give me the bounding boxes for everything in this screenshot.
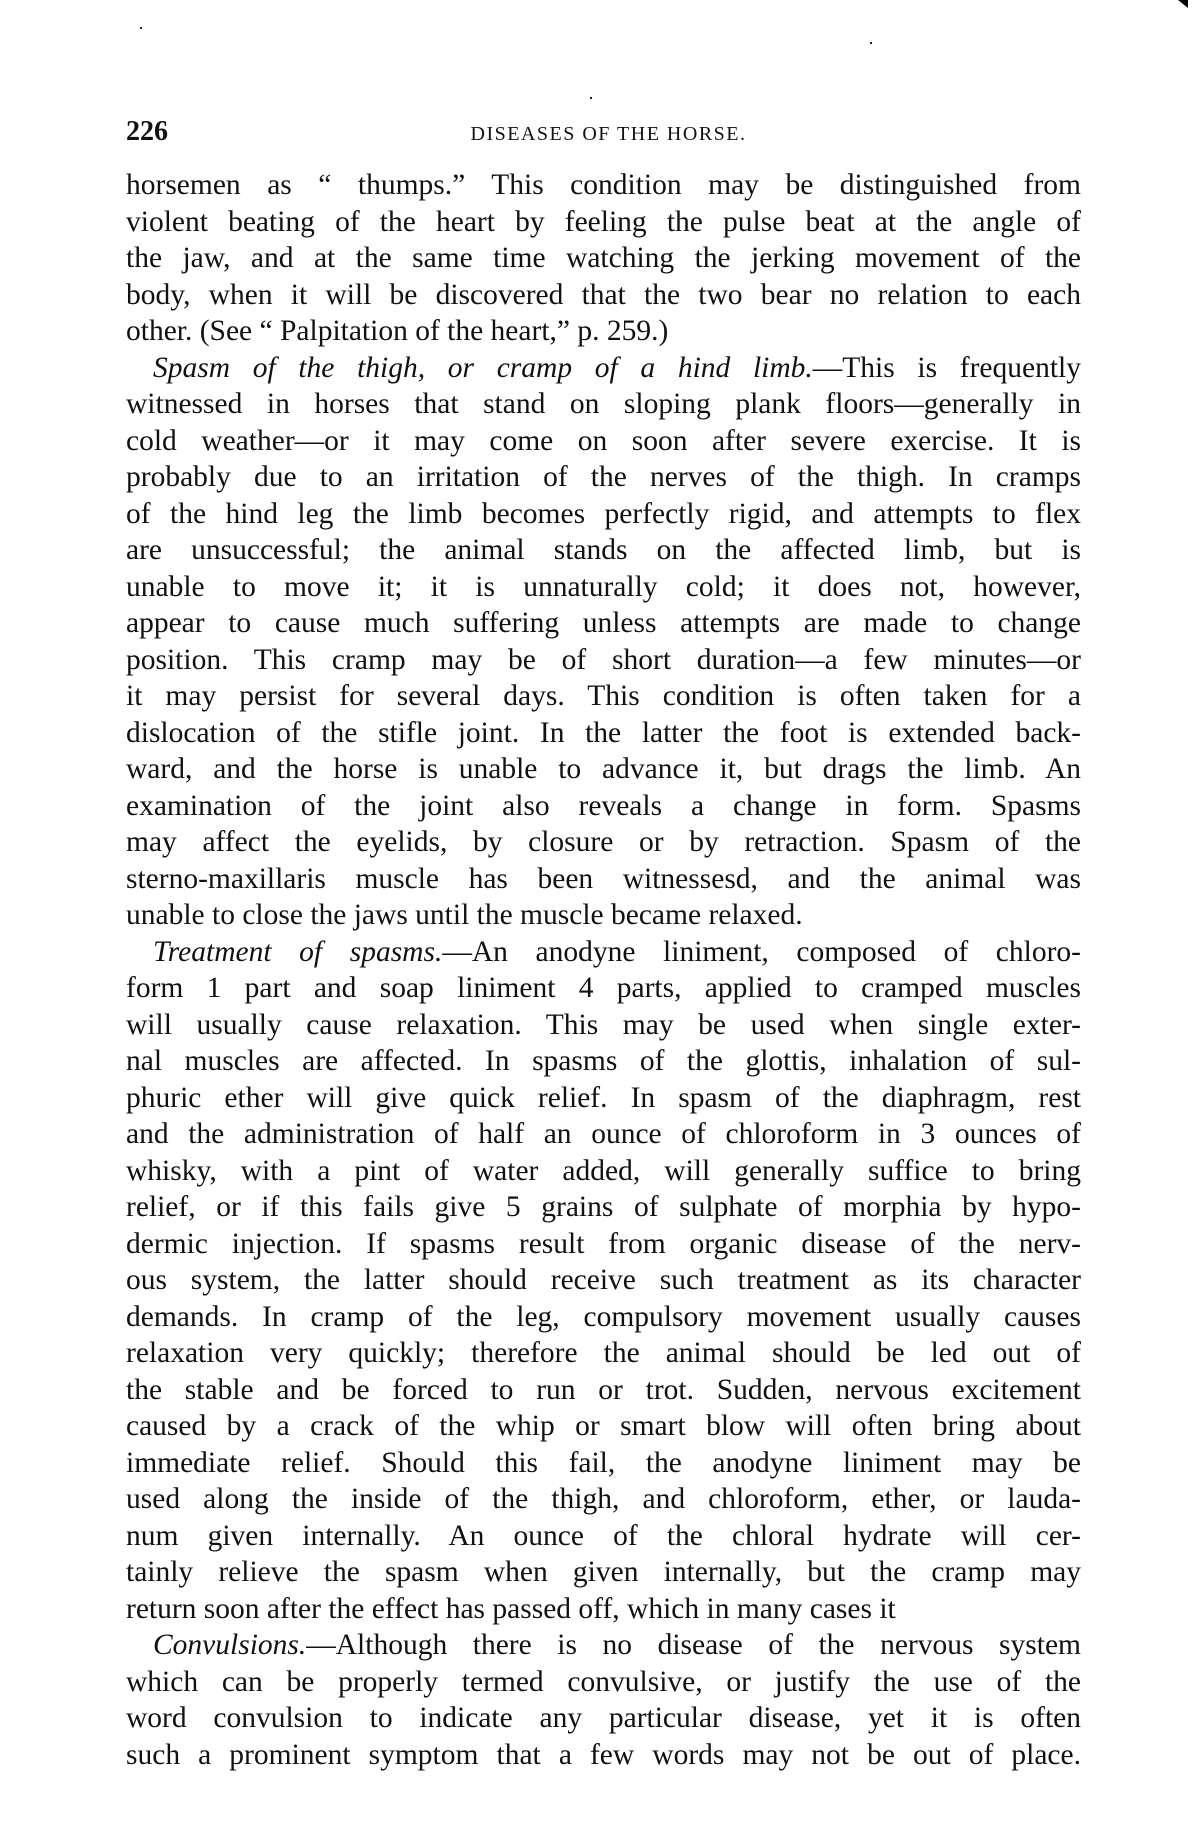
text-line: body, when it will be discovered that th… [126,277,1081,314]
book-page: 226 DISEASES OF THE HORSE. horsemen as “… [126,112,1081,1773]
body-text: horsemen as “ thumps.” This condition ma… [126,167,1081,1773]
text-line: unable to close the jaws until the muscl… [126,897,1081,934]
paragraph-spasm-of-thigh: Spasm of the thigh, or cramp of a hind l… [126,350,1081,934]
scan-corner-mark [1178,0,1188,8]
paragraph-treatment-of-spasms: Treatment of spasms.—An anodyne liniment… [126,934,1081,1628]
text-line: word convulsion to indicate any particul… [126,1700,1081,1737]
text-line: form 1 part and soap liniment 4 parts, a… [126,970,1081,1007]
scan-speck [870,42,872,44]
text-line: violent beating of the heart by feeling … [126,204,1081,241]
text-line: it may persist for several days. This co… [126,678,1081,715]
text-line: tainly relieve the spasm when given inte… [126,1554,1081,1591]
text-line: unable to move it; it is unnaturally col… [126,569,1081,606]
text-line: relief, or if this fails give 5 grains o… [126,1189,1081,1226]
text-line: used along the inside of the thigh, and … [126,1481,1081,1518]
text-line: nal muscles are affected. In spasms of t… [126,1043,1081,1080]
text-line: demands. In cramp of the leg, compulsory… [126,1299,1081,1336]
text-line: other. (See “ Palpitation of the heart,”… [126,313,1081,350]
text-line: will usually cause relaxation. This may … [126,1007,1081,1044]
text-line: appear to cause much suffering unless at… [126,605,1081,642]
text-line: num given internally. An ounce of the ch… [126,1518,1081,1555]
text-line: return soon after the effect has passed … [126,1591,1081,1628]
paragraph-thumps-continuation: horsemen as “ thumps.” This condition ma… [126,167,1081,350]
text-line: horsemen as “ thumps.” This condition ma… [126,167,1081,204]
text-line: Spasm of the thigh, or cramp of a hind l… [126,350,1081,387]
text-line: Treatment of spasms.—An anodyne liniment… [126,934,1081,971]
text-line: caused by a crack of the whip or smart b… [126,1408,1081,1445]
text-line: cold weather—or it may come on soon afte… [126,423,1081,460]
text-line: of the hind leg the limb becomes perfect… [126,496,1081,533]
text-line: ous system, the latter should receive su… [126,1262,1081,1299]
text-line: position. This cramp may be of short dur… [126,642,1081,679]
running-title: DISEASES OF THE HORSE. [126,114,1081,154]
text-line: are unsuccessful; the animal stands on t… [126,532,1081,569]
text-line: relaxation very quickly; therefore the a… [126,1335,1081,1372]
section-lead-in: Treatment of spasms. [153,936,442,968]
text-line: may affect the eyelids, by closure or by… [126,824,1081,861]
section-lead-in: Convulsions. [153,1629,306,1661]
scan-speck [140,27,142,29]
text-line: examination of the joint also reveals a … [126,788,1081,825]
scan-speck [590,97,592,99]
text-line: witnessed in horses that stand on slopin… [126,386,1081,423]
text-line: dislocation of the stifle joint. In the … [126,715,1081,752]
section-lead-in: Spasm of the thigh, or cramp of a hind l… [153,352,813,384]
text-line: Convulsions.—Although there is no diseas… [126,1627,1081,1664]
running-head: 226 DISEASES OF THE HORSE. [126,112,1081,152]
text-fragment: —An anodyne liniment, composed of chloro… [442,936,1081,968]
text-line: immediate relief. Should this fail, the … [126,1445,1081,1482]
text-line: phuric ether will give quick relief. In … [126,1080,1081,1117]
text-line: probably due to an irritation of the ner… [126,459,1081,496]
text-line: which can be properly termed convulsive,… [126,1664,1081,1701]
text-fragment: —This is frequently [813,352,1081,384]
text-line: dermic injection. If spasms result from … [126,1226,1081,1263]
text-line: such a prominent symptom that a few word… [126,1737,1081,1774]
text-fragment: —Although there is no disease of the ner… [306,1629,1081,1661]
text-line: whisky, with a pint of water added, will… [126,1153,1081,1190]
paragraph-convulsions: Convulsions.—Although there is no diseas… [126,1627,1081,1773]
text-line: the jaw, and at the same time watching t… [126,240,1081,277]
text-line: ward, and the horse is unable to advance… [126,751,1081,788]
text-line: and the administration of half an ounce … [126,1116,1081,1153]
text-line: sterno-maxillaris muscle has been witnes… [126,861,1081,898]
text-line: the stable and be forced to run or trot.… [126,1372,1081,1409]
